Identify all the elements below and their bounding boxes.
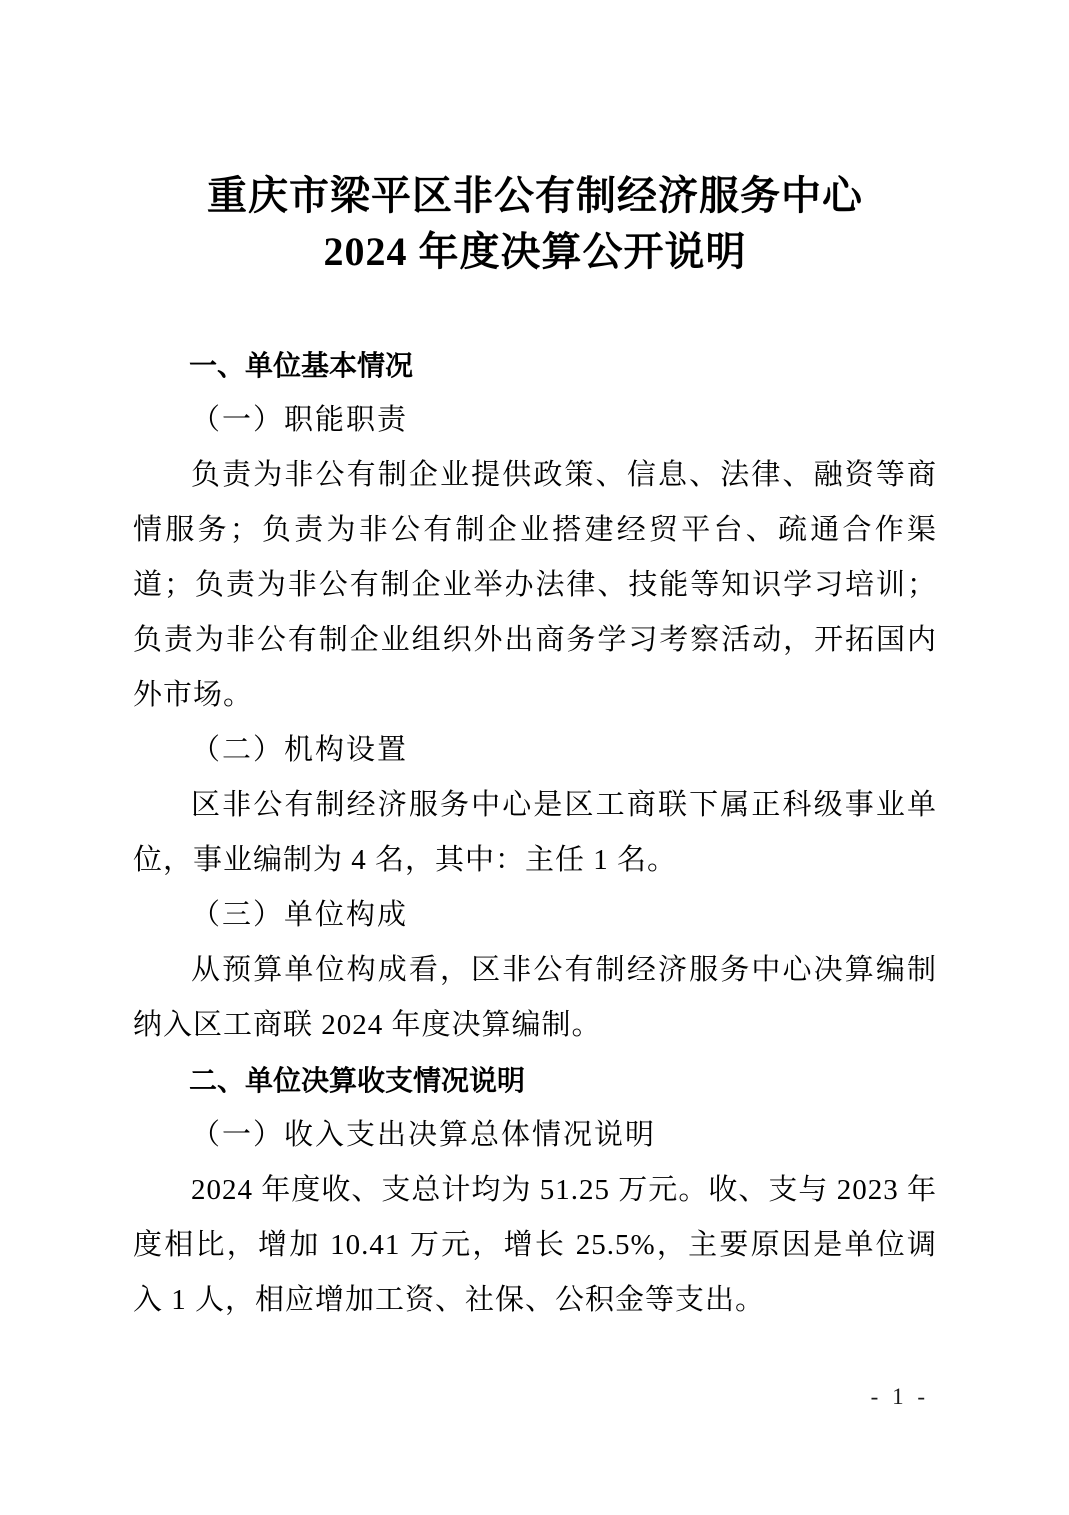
document-page: 重庆市梁平区非公有制经济服务中心 2024 年度决算公开说明 一、单位基本情况 … (0, 0, 1069, 1515)
section-heading-unit-basic-info: 一、单位基本情况 (133, 338, 937, 393)
subsection-heading-unit-composition: （三）单位构成 (133, 888, 937, 943)
paragraph-unit-composition: 从预算单位构成看，区非公有制经济服务中心决算编制纳入区工商联 2024 年度决算… (133, 943, 937, 1053)
document-title-line1: 重庆市梁平区非公有制经济服务中心 (133, 168, 937, 224)
paragraph-organization-setup: 区非公有制经济服务中心是区工商联下属正科级事业单位，事业编制为 4 名，其中：主… (133, 778, 937, 888)
page-number: - 1 - (871, 1383, 929, 1411)
paragraph-functions-duties: 负责为非公有制企业提供政策、信息、法律、融资等商情服务；负责为非公有制企业搭建经… (133, 448, 937, 723)
paragraph-income-expense-overview: 2024 年度收、支总计均为 51.25 万元。收、支与 2023 年度相比，增… (133, 1163, 937, 1328)
title-spacer (133, 280, 937, 338)
document-title-line2: 2024 年度决算公开说明 (133, 224, 937, 280)
document-content: 重庆市梁平区非公有制经济服务中心 2024 年度决算公开说明 一、单位基本情况 … (133, 168, 937, 1328)
subsection-heading-functions-duties: （一）职能职责 (133, 393, 937, 448)
section-heading-budget-statement: 二、单位决算收支情况说明 (133, 1053, 937, 1108)
subsection-heading-organization-setup: （二）机构设置 (133, 723, 937, 778)
subsection-heading-income-expense-overview: （一）收入支出决算总体情况说明 (133, 1108, 937, 1163)
document-title: 重庆市梁平区非公有制经济服务中心 2024 年度决算公开说明 (133, 168, 937, 280)
document-body: 一、单位基本情况 （一）职能职责 负责为非公有制企业提供政策、信息、法律、融资等… (133, 338, 937, 1328)
